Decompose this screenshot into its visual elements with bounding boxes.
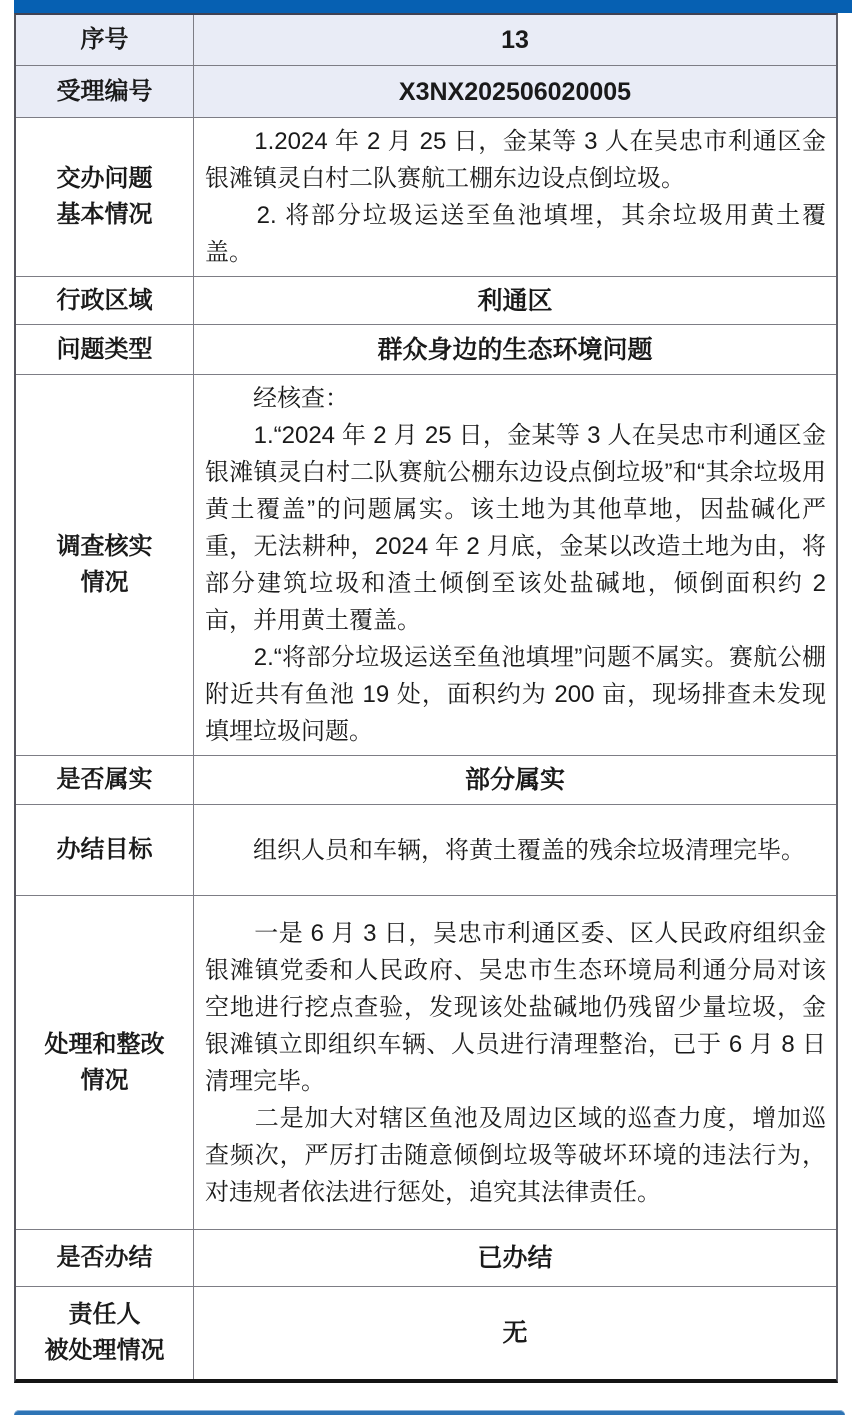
row-label: 办结目标 xyxy=(16,805,194,895)
row-value: 13 xyxy=(194,15,836,65)
row-value: X3NX202506020005 xyxy=(194,66,836,117)
row-value: 组织人员和车辆，将黄土覆盖的残余垃圾清理完毕。 xyxy=(194,805,836,895)
table-row: 办结目标 组织人员和车辆，将黄土覆盖的残余垃圾清理完毕。 xyxy=(16,804,836,895)
row-label: 交办问题 基本情况 xyxy=(16,118,194,276)
row-label: 问题类型 xyxy=(16,325,194,374)
previous-table-header-bar xyxy=(14,0,852,13)
row-label: 责任人 被处理情况 xyxy=(16,1287,194,1379)
table-row: 问题类型 群众身边的生态环境问题 xyxy=(16,324,836,374)
table-row: 行政区域 利通区 xyxy=(16,276,836,324)
table-row: 是否办结 已办结 xyxy=(16,1229,836,1286)
row-value: 利通区 xyxy=(194,277,836,324)
table-row: 处理和整改 情况 一是 6 月 3 日，吴忠市利通区委、区人民政府组织金银滩镇党… xyxy=(16,895,836,1229)
complaint-record-table: 序号 13 受理编号 X3NX202506020005 交办问题 基本情况 1.… xyxy=(14,13,838,1383)
table-row: 受理编号 X3NX202506020005 xyxy=(16,65,836,117)
row-value: 已办结 xyxy=(194,1230,836,1286)
page: 序号 13 受理编号 X3NX202506020005 交办问题 基本情况 1.… xyxy=(0,0,852,1418)
row-value: 经核查： 1.“2024 年 2 月 25 日，金某等 3 人在吴忠市利通区金银… xyxy=(194,375,836,755)
table-row: 序号 13 xyxy=(16,15,836,65)
table-row: 责任人 被处理情况 无 xyxy=(16,1286,836,1379)
row-label: 是否属实 xyxy=(16,756,194,804)
row-value: 无 xyxy=(194,1287,836,1379)
row-label: 处理和整改 情况 xyxy=(16,896,194,1229)
row-label: 调查核实 情况 xyxy=(16,375,194,755)
row-value: 群众身边的生态环境问题 xyxy=(194,325,836,374)
row-label: 受理编号 xyxy=(16,66,194,117)
row-value: 一是 6 月 3 日，吴忠市利通区委、区人民政府组织金银滩镇党委和人民政府、吴忠… xyxy=(194,896,836,1229)
row-value: 1.2024 年 2 月 25 日，金某等 3 人在吴忠市利通区金银滩镇灵白村二… xyxy=(194,118,836,276)
row-label: 序号 xyxy=(16,15,194,65)
row-label: 是否办结 xyxy=(16,1230,194,1286)
row-label: 行政区域 xyxy=(16,277,194,324)
table-row: 交办问题 基本情况 1.2024 年 2 月 25 日，金某等 3 人在吴忠市利… xyxy=(16,117,836,276)
table-row: 是否属实 部分属实 xyxy=(16,755,836,804)
row-value: 部分属实 xyxy=(194,756,836,804)
next-table-top-edge xyxy=(14,1410,845,1415)
table-row: 调查核实 情况 经核查： 1.“2024 年 2 月 25 日，金某等 3 人在… xyxy=(16,374,836,755)
